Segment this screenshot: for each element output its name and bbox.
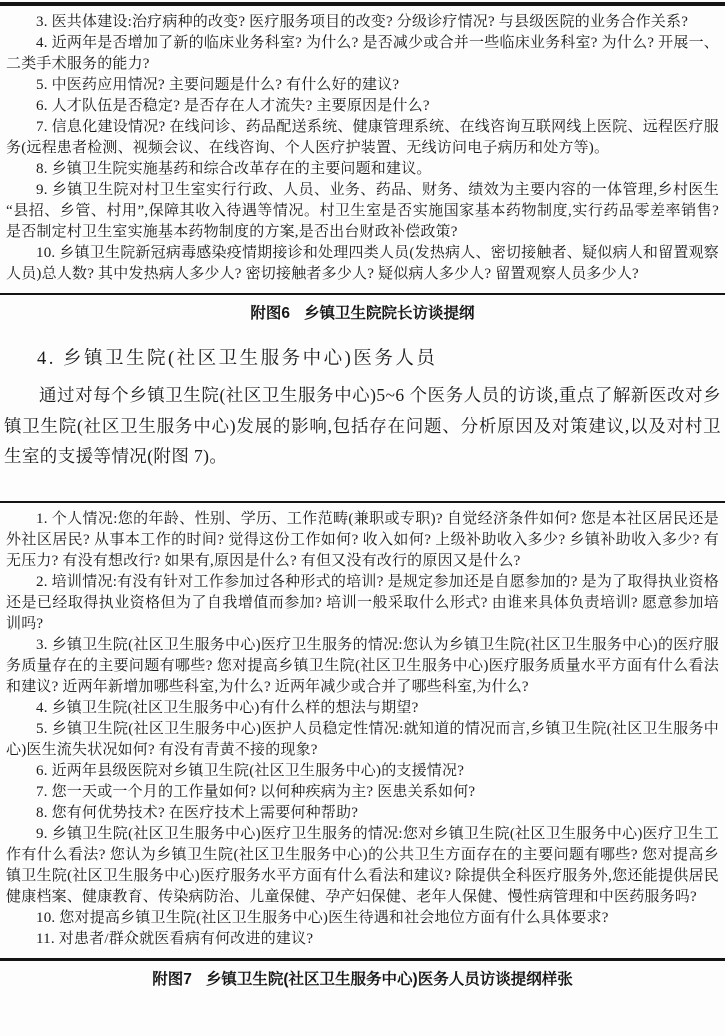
outline-item: 3. 医共体建设:治疗病种的改变? 医疗服务项目的改变? 分级诊疗情况? 与县级…	[6, 12, 719, 33]
document-page: 3. 医共体建设:治疗病种的改变? 医疗服务项目的改变? 分级诊疗情况? 与县级…	[0, 2, 725, 1036]
figure7-caption: 附图7乡镇卫生院(社区卫生服务中心)医务人员访谈提纲样张	[0, 970, 725, 990]
outline-item: 1. 个人情况:您的年龄、性别、学历、工作范畴(兼职或专职)? 自觉经济条件如何…	[6, 509, 719, 572]
figure7-caption-title: 乡镇卫生院(社区卫生服务中心)医务人员访谈提纲样张	[206, 971, 573, 988]
section4-paragraph: 通过对每个乡镇卫生院(社区卫生服务中心)5~6 个医务人员的访谈,重点了解新医改…	[0, 380, 725, 472]
outline-item: 5. 乡镇卫生院(社区卫生服务中心)医护人员稳定性情况:就知道的情况而言,乡镇卫…	[6, 719, 719, 761]
outline-item: 3. 乡镇卫生院(社区卫生服务中心)医疗卫生服务的情况:您认为乡镇卫生院(社区卫…	[6, 635, 719, 698]
outline-item: 6. 人才队伍是否稳定? 是否存在人才流失? 主要原因是什么?	[6, 96, 719, 117]
outline-item: 5. 中医药应用情况? 主要问题是什么? 有什么好的建议?	[6, 75, 719, 96]
figure6-outline-box: 3. 医共体建设:治疗病种的改变? 医疗服务项目的改变? 分级诊疗情况? 与县级…	[0, 6, 725, 293]
outline-item: 8. 乡镇卫生院实施基药和综合改革存在的主要问题和建议。	[6, 159, 719, 180]
figure7-caption-label: 附图7	[152, 971, 192, 988]
outline-item: 11. 对患者/群众就医看病有何改进的建议?	[6, 929, 719, 950]
outline-item: 8. 您有何优势技术? 在医疗技术上需要何种帮助?	[6, 803, 719, 824]
outline-item: 9. 乡镇卫生院(社区卫生服务中心)医疗卫生服务的情况:您对乡镇卫生院(社区卫生…	[6, 824, 719, 908]
figure7-outline-box: 1. 个人情况:您的年龄、性别、学历、工作范畴(兼职或专职)? 自觉经济条件如何…	[0, 503, 725, 958]
outline-item: 4. 近两年是否增加了新的临床业务科室? 为什么? 是否减少或合并一些临床业务科…	[6, 33, 719, 75]
outline-item: 10. 乡镇卫生院新冠病毒感染疫情期接诊和处理四类人员(发热病人、密切接触者、疑…	[6, 243, 719, 285]
section4-heading: 4. 乡镇卫生院(社区卫生服务中心)医务人员	[0, 347, 725, 371]
figure6-caption-title: 乡镇卫生院院长访谈提纲	[304, 305, 475, 322]
figure6-caption: 附图6乡镇卫生院院长访谈提纲	[0, 304, 725, 324]
outline-item: 10. 您对提高乡镇卫生院(社区卫生服务中心)医生待遇和社会地位方面有什么具体要…	[6, 908, 719, 929]
figure7-box-bottom-rule	[0, 958, 725, 961]
outline-item: 2. 培训情况:有没有针对工作参加过各种形式的培训? 是规定参加还是自愿参加的?…	[6, 572, 719, 635]
figure6-box-bottom-rule	[0, 293, 725, 296]
outline-item: 7. 信息化建设情况? 在线问诊、药品配送系统、健康管理系统、在线咨询互联网线上…	[6, 117, 719, 159]
outline-item: 4. 乡镇卫生院(社区卫生服务中心)有什么样的想法与期望?	[6, 698, 719, 719]
outline-item: 7. 您一天或一个月的工作量如何? 以何种疾病为主? 医患关系如何?	[6, 782, 719, 803]
outline-item: 6. 近两年县级医院对乡镇卫生院(社区卫生服务中心)的支援情况?	[6, 761, 719, 782]
figure6-caption-label: 附图6	[250, 305, 290, 322]
outline-item: 9. 乡镇卫生院对村卫生室实行行政、人员、业务、药品、财务、绩效为主要内容的一体…	[6, 180, 719, 243]
